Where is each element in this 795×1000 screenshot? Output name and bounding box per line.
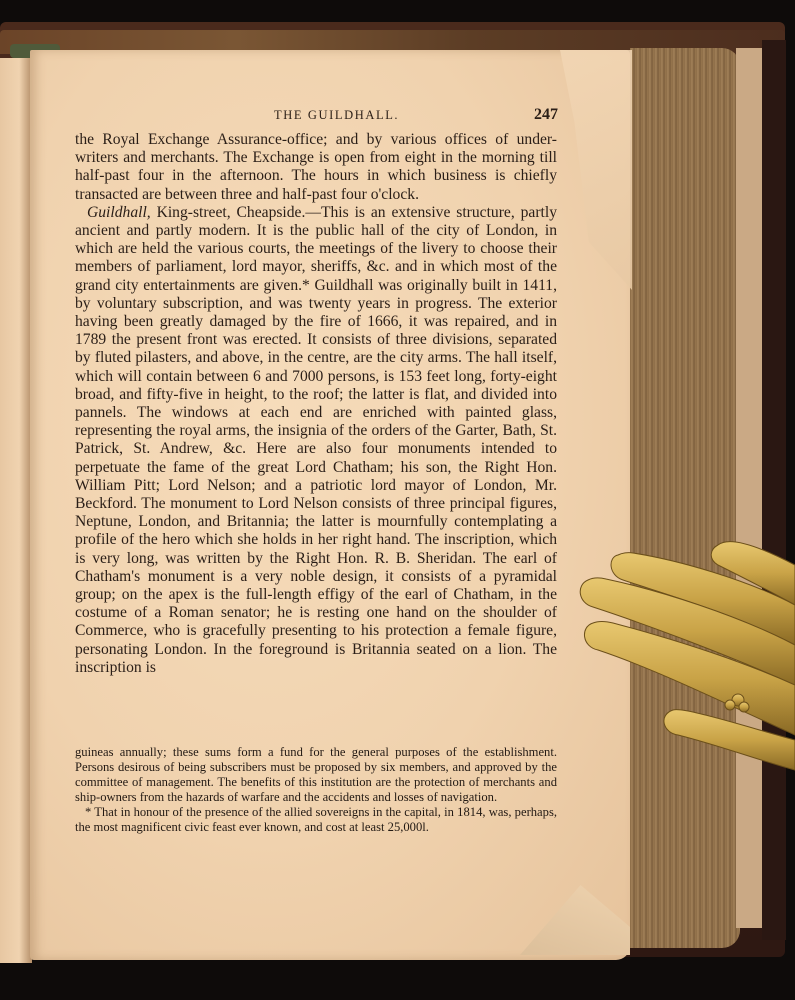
left-page-edge	[0, 58, 32, 963]
footnote: * That in honour of the presence of the …	[75, 805, 557, 835]
footnote: guineas annually; these sums form a fund…	[75, 745, 557, 805]
page-block-edges	[630, 48, 740, 948]
running-head: THE GUILDHALL. 247	[60, 106, 560, 128]
cover-edge	[762, 40, 786, 940]
brass-hand-icon	[578, 535, 795, 775]
italic-lead: Guildhall,	[87, 204, 151, 221]
body-text: the Royal Exchange Assurance-office; and…	[75, 131, 557, 677]
footnotes: guineas annually; these sums form a fund…	[75, 745, 557, 835]
endpaper	[736, 48, 762, 928]
running-title: THE GUILDHALL.	[274, 108, 399, 123]
paragraph: the Royal Exchange Assurance-office; and…	[75, 131, 557, 204]
page-number: 247	[534, 106, 558, 124]
paragraph: Guildhall, King-street, Cheapside.—This …	[75, 204, 557, 677]
book-photo: THE GUILDHALL. 247 the Royal Exchange As…	[0, 0, 795, 1000]
